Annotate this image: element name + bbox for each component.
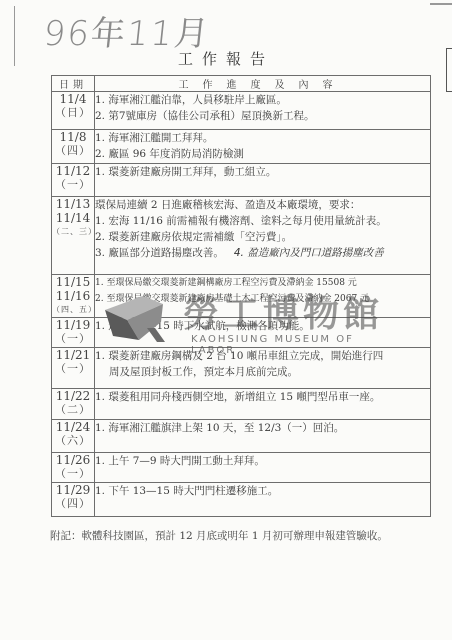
- date-cell: 11/4 （日）: [52, 92, 95, 130]
- document-title: 工作報告: [0, 48, 452, 69]
- content-line: 1. 海軍湘江艦開工拜拜。: [95, 130, 430, 146]
- content-line: 2. 至環保局繳交環菱新建廠房基礎土木工程空污費及滯納金 2067 元: [95, 291, 430, 307]
- weekday-text: （四）: [52, 497, 94, 511]
- footnote: 附記：軟體科技園區，預計 12 月底或明年 1 月初可辦理申報建管驗收。: [50, 528, 388, 543]
- handwritten-note: 4. 盈造廠內及門口道路揚塵改善: [234, 247, 384, 259]
- header-content: 工作進度及內容: [95, 76, 431, 92]
- content-cell: 1. 海軍湘江艦旗津上架 10 天，至 12/3（一）回泊。: [95, 420, 431, 453]
- content-cell: 1. 至環保局繳交環菱新建鋼構廠房工程空污費及滯納金 15508 元 2. 至環…: [95, 275, 431, 318]
- date-text: 11/26: [52, 453, 94, 467]
- content-line: 1. 宏海 11/16 前需補報有機溶劑、塗料之每月使用量統計表。: [95, 213, 430, 229]
- date-cell: 11/15 11/16 （四、五）: [52, 275, 95, 318]
- date-cell: 11/12 （一）: [52, 164, 95, 197]
- content-cell: 1. 下午 13—15 時大門門柱遷移施工。: [95, 483, 431, 517]
- weekday-text: （二）: [52, 403, 94, 417]
- content-cell: 1. 環菱新建廠房鋼構及 2 台 10 噸吊車組立完成，開始進行四 周及屋頂封板…: [95, 348, 431, 389]
- content-line: 1. 環菱租用同舟棧西側空地，新增組立 15 噸門型吊車一座。: [95, 389, 430, 405]
- table-header-row: 日期 工作進度及內容: [52, 76, 431, 92]
- weekday-text: （四、五）: [52, 303, 94, 317]
- content-cell: 1. 海軍湘江艦開工拜拜。 2. 廠區 96 年度消防局消防檢測: [95, 130, 431, 164]
- content-line: 1. 海軍湘江艦旗津上架 10 天，至 12/3（一）回泊。: [95, 420, 430, 436]
- weekday-text: （日）: [52, 106, 94, 120]
- header-date: 日期: [52, 76, 95, 92]
- date-text: 11/12: [52, 164, 94, 178]
- content-line: 1. 環菱新建廠房鋼構及 2 台 10 噸吊車組立完成，開始進行四: [95, 348, 430, 364]
- table-row: 11/12 （一） 1. 環菱新建廠房開工拜拜，動工組立。: [52, 164, 431, 197]
- table-row: 11/22 （二） 1. 環菱租用同舟棧西側空地，新增組立 15 噸門型吊車一座…: [52, 389, 431, 420]
- weekday-text: （一）: [52, 332, 94, 346]
- table-row: 11/26 （一） 1. 上午 7—9 時大門開工動土拜拜。: [52, 453, 431, 483]
- content-line: 2. 廠區 96 年度消防局消防檢測: [95, 146, 430, 162]
- content-cell: 1. 遊艇 13—15 時下水試航，檢測各項功能。: [95, 318, 431, 348]
- weekday-text: （一）: [52, 178, 94, 192]
- date-text: 11/13: [52, 197, 94, 211]
- content-cell: 環保局連續 2 日進廠稽核宏海、盈造及本廠環境，要求： 1. 宏海 11/16 …: [95, 197, 431, 275]
- content-line: 1. 下午 13—15 時大門門柱遷移施工。: [95, 483, 430, 499]
- weekday-text: （六）: [52, 434, 94, 448]
- table-row: 11/4 （日） 1. 海軍湘江艦泊靠，人員移駐岸上廠區。 2. 第7號庫房（協…: [52, 92, 431, 130]
- content-line: 2. 第7號庫房（協佳公司承租）屋頂換新工程。: [95, 108, 430, 124]
- table-row: 11/21 （一） 1. 環菱新建廠房鋼構及 2 台 10 噸吊車組立完成，開始…: [52, 348, 431, 389]
- date-text: 11/24: [52, 420, 94, 434]
- table-row: 11/24 （六） 1. 海軍湘江艦旗津上架 10 天，至 12/3（一）回泊。: [52, 420, 431, 453]
- content-cell: 1. 環菱租用同舟棧西側空地，新增組立 15 噸門型吊車一座。: [95, 389, 431, 420]
- table-row: 11/13 11/14 （二、三） 環保局連續 2 日進廠稽核宏海、盈造及本廠環…: [52, 197, 431, 275]
- content-cell: 1. 海軍湘江艦泊靠，人員移駐岸上廠區。 2. 第7號庫房（協佳公司承租）屋頂換…: [95, 92, 431, 130]
- date-cell: 11/22 （二）: [52, 389, 95, 420]
- date-cell: 11/19 （一）: [52, 318, 95, 348]
- date-text: 11/14: [52, 211, 94, 225]
- date-text: 11/4: [52, 92, 94, 106]
- content-cell: 1. 上午 7—9 時大門開工動土拜拜。: [95, 453, 431, 483]
- date-text: 11/29: [52, 483, 94, 497]
- work-report-table: 日期 工作進度及內容 11/4 （日） 1. 海軍湘江艦泊靠，人員移駐岸上廠區。…: [51, 75, 431, 517]
- date-cell: 11/29 （四）: [52, 483, 95, 517]
- weekday-text: （一）: [52, 362, 94, 376]
- table-row: 11/8 （四） 1. 海軍湘江艦開工拜拜。 2. 廠區 96 年度消防局消防檢…: [52, 130, 431, 164]
- date-text: 11/16: [52, 289, 94, 303]
- content-line: 1. 至環保局繳交環菱新建鋼構廠房工程空污費及滯納金 15508 元: [95, 275, 430, 291]
- content-line: 2. 環菱新建廠房依規定需補繳「空污費」。: [95, 229, 430, 245]
- date-cell: 11/8 （四）: [52, 130, 95, 164]
- date-cell: 11/13 11/14 （二、三）: [52, 197, 95, 275]
- table-row: 11/29 （四） 1. 下午 13—15 時大門門柱遷移施工。: [52, 483, 431, 517]
- content-line: 周及屋頂封板工作，預定本月底前完成。: [95, 364, 430, 380]
- content-line: 1. 海軍湘江艦泊靠，人員移駐岸上廠區。: [95, 92, 430, 108]
- date-text: 11/22: [52, 389, 94, 403]
- date-text: 11/21: [52, 348, 94, 362]
- content-line: 3. 廠區部分道路揚塵改善。: [95, 247, 224, 259]
- content-line: 環保局連續 2 日進廠稽核宏海、盈造及本廠環境，要求：: [95, 197, 430, 213]
- content-line: 1. 遊艇 13—15 時下水試航，檢測各項功能。: [95, 318, 430, 334]
- date-text: 11/8: [52, 130, 94, 144]
- weekday-text: （四）: [52, 144, 94, 158]
- weekday-text: （一）: [52, 467, 94, 481]
- date-cell: 11/24 （六）: [52, 420, 95, 453]
- content-line: 1. 上午 7—9 時大門開工動土拜拜。: [95, 453, 430, 469]
- content-cell: 1. 環菱新建廠房開工拜拜，動工組立。: [95, 164, 431, 197]
- date-cell: 11/26 （一）: [52, 453, 95, 483]
- table-row: 11/15 11/16 （四、五） 1. 至環保局繳交環菱新建鋼構廠房工程空污費…: [52, 275, 431, 318]
- content-line: 1. 環菱新建廠房開工拜拜，動工組立。: [95, 164, 430, 180]
- date-text: 11/15: [52, 275, 94, 289]
- date-text: 11/19: [52, 318, 94, 332]
- table-row: 11/19 （一） 1. 遊艇 13—15 時下水試航，檢測各項功能。: [52, 318, 431, 348]
- weekday-text: （二、三）: [52, 225, 94, 239]
- scan-edge-mark: [430, 3, 452, 5]
- date-cell: 11/21 （一）: [52, 348, 95, 389]
